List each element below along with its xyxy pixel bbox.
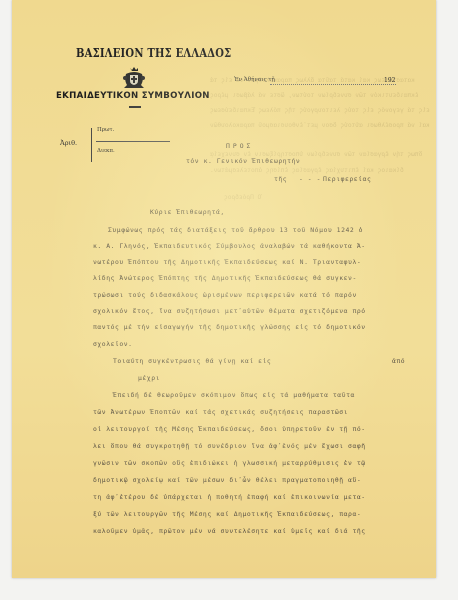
recipient-line-2-prefix: τῆς [274, 175, 287, 183]
body-line: οἱ λειτουργοί τῆς Μέσης Ἐκπαιδεύσεως, ὅσ… [93, 425, 366, 433]
letterhead-council: ΕΚΠΑΙΔΕΥΤΙΚΟΝ ΣΥΜΒΟΥΛΙΟΝ [56, 91, 210, 101]
document-page: καταστάσεως καί κατά ταῦτα ἄλλως παρακαλ… [12, 0, 436, 578]
protocol-label: Πρωτ. [97, 127, 114, 133]
concentration-from: ἀπό [392, 357, 405, 365]
body-line: νωτέρου Ἐπόπτου τῆς Δημοτικῆς Ἐκπαιδεύσε… [93, 258, 361, 266]
recipient-line-2-suffix: Περιφερείας [323, 175, 371, 183]
body-line: τη ἀφ᾽ἑτέρου δέ ὑπάρχεται ἡ ποθητή ἐπαφή… [93, 493, 366, 501]
bleed-through-line: εἰς τά γεγονός εἰς τούς λειτουργούς τῆς … [210, 107, 430, 114]
protocol-fill-line [96, 141, 170, 142]
date-fill-line [270, 84, 396, 85]
letterhead-kingdom: ΒΑΣΙΛΕΙΟΝ ΤΗΣ ΕΛΛΑΔΟΣ [76, 47, 231, 61]
body-line: σχολικόν ἔτος, ἵνα συζητήσωσι μετ᾽αὐτῶν … [93, 307, 366, 315]
body-line: ξύ τῶν λειτουργῶν τῆς Μέσης καί Δημοτικῆ… [93, 510, 361, 518]
body-line: λει ὅπου θά συγκροτηθῇ τό συνέδριον ἵνα … [93, 442, 366, 450]
salutation: Κύριε Ἐπιθεωρητά, [150, 208, 225, 216]
body-line: γνῶσιν τῶν σκοπῶν οὕς ἐπιδιώκει ἡ γλωσσι… [93, 459, 366, 467]
dispatch-label: Διεκπ. [97, 148, 115, 154]
royal-coat-of-arms-icon [120, 66, 148, 90]
reference-label: Ἀριθ. [60, 139, 77, 147]
reference-brace [91, 128, 92, 162]
body-line: λίδης Ἀνώτερος Ἐπόπτης τῆς Δημοτικῆς Ἐκπ… [93, 274, 357, 282]
body-line: Συμφώνως πρός τάς διατάξεις τοῦ ἄρθρου 1… [108, 226, 363, 234]
body-line: τρώσωσι τούς διδασκάλους ὡρισμένων περιφ… [93, 291, 357, 299]
date-year: 192 [384, 77, 395, 84]
concentration-line: Τοιαύτη συγκέντρωσις θά γίνῃ καί εἰς [113, 357, 271, 365]
body-line: σχολεῖον. [93, 340, 133, 348]
bleed-through-line: δίκαιος καί ἐπιτυχίας ἐργασίας ἐπίσης ἀπ… [210, 167, 404, 174]
body-line: καλοῦμεν ὑμᾶς, πρῶτον μέν νά συντελέσητε… [93, 527, 366, 535]
body-line: κ. Α. Γληνός, Ἐκπαιδευτικός Σύμβουλος ἀν… [93, 242, 366, 250]
recipient-line-2-dash: - - - [299, 175, 321, 183]
bleed-through-line: ἐκπαιδευτικόν τῶν συνεδρίων τούτων, ὥστε… [210, 92, 419, 99]
concentration-until: μέχρι [138, 374, 160, 382]
body-line: παντός μέ τήν εἰσαγωγήν τῆς δημοτικῆς γλ… [93, 323, 366, 331]
body-line: Ἐπειδή δέ θεωροῦμεν σκόπιμον ὅπως εἰς τά… [113, 391, 355, 399]
letterhead-divider [129, 106, 141, 108]
bleed-through-line: καί νά προσέλθωσι αὐτούς ὅσον μετ᾽ἐνθουσ… [210, 122, 430, 129]
recipient-line-1: τόν κ. Γενικόν Ἐπιθεωρητήν [186, 157, 300, 165]
body-line: δημοτικῷ σχολείῳ καί τῶν μέσων δι᾽ὧν θέλ… [93, 476, 361, 484]
body-line: τῶν Ἀνωτέρων Ἐποπτῶν καί τάς σχετικάς συ… [93, 408, 348, 416]
recipient-pros: ΠΡΟΣ [226, 142, 253, 150]
date-label: Ἐν Ἀθήναις τῇ [234, 77, 275, 83]
bleed-through-line: Ὁ Πρόεδρος [224, 194, 261, 201]
